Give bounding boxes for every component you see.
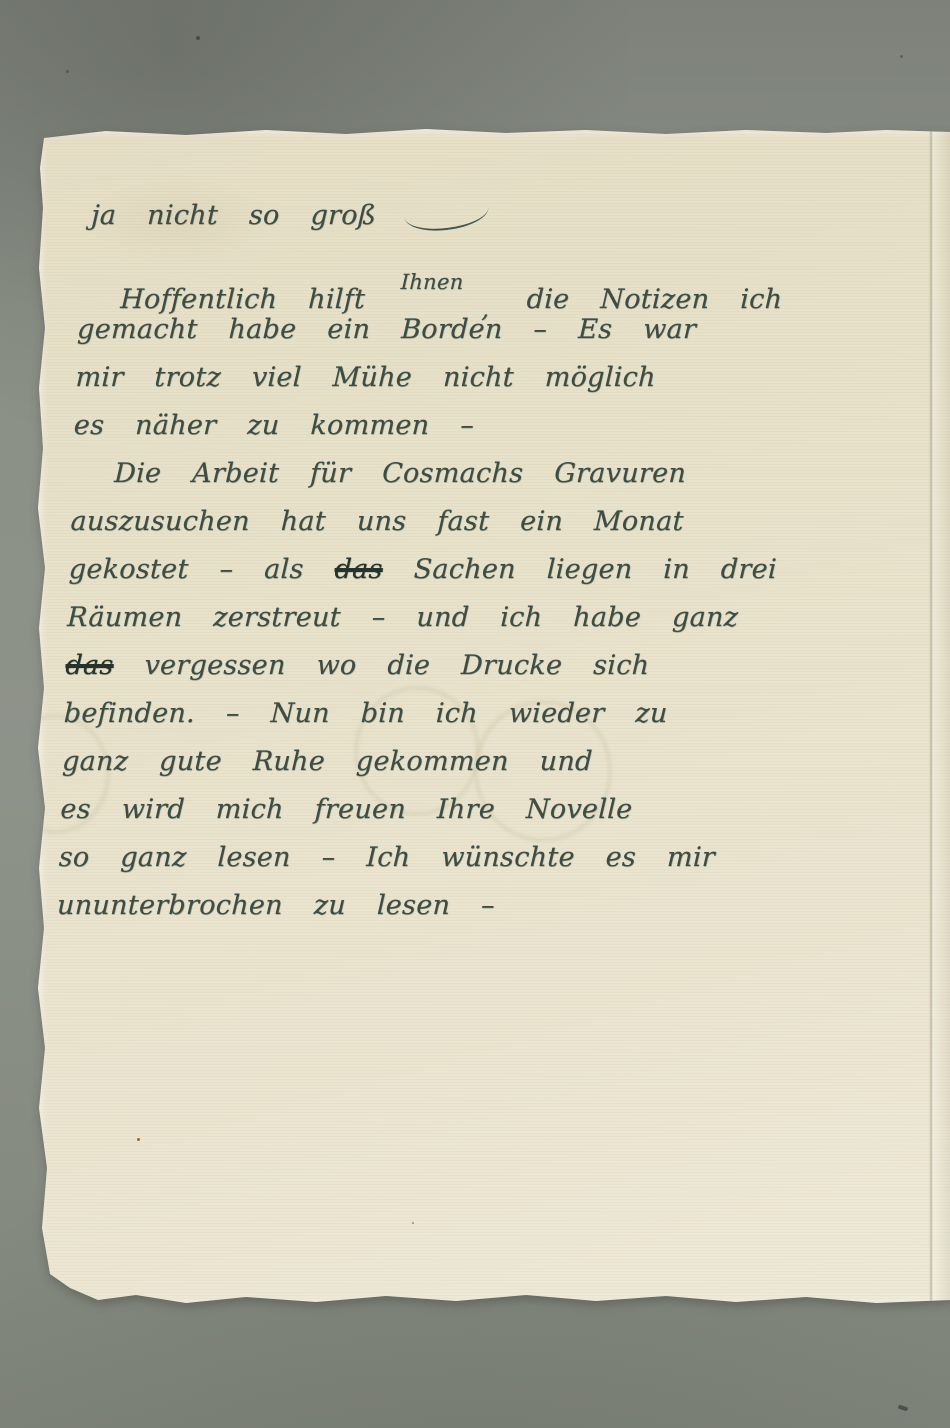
word-segment: so ganz lesen – Ich wünschte es mir bbox=[58, 842, 715, 873]
word-segment: ja nicht so groß bbox=[91, 200, 377, 231]
foxing-spot bbox=[137, 1138, 140, 1141]
handwritten-line: das vergessen wo die Drucke sich bbox=[65, 642, 875, 690]
flourish-stroke bbox=[404, 203, 490, 235]
word-segment: gemacht habe ein Borden – Es war bbox=[77, 314, 697, 345]
word-segment: Räumen zerstreut – und ich habe ganz bbox=[67, 602, 739, 633]
word-segment: ununterbrochen zu lesen – bbox=[57, 890, 496, 921]
handwritten-line: ja nicht so groß bbox=[80, 192, 890, 240]
handwritten-line: Räumen zerstreut – und ich habe ganz bbox=[66, 594, 876, 642]
word-segment: mir trotz viel Mühe nicht möglich bbox=[75, 362, 656, 393]
strikethrough-word: das bbox=[334, 554, 383, 585]
handwritten-line: befinden. – Nun bin ich wieder zu bbox=[63, 690, 873, 738]
dust-speck bbox=[196, 36, 200, 40]
letter-paper: ja nicht so groß Hoffentlich hilft Ihnen… bbox=[36, 128, 950, 1306]
handwritten-line: gekostet – als das Sachen liegen in drei bbox=[68, 546, 878, 594]
handwritten-line: ganz gute Ruhe gekommen und bbox=[61, 738, 871, 786]
word-segment: Sachen liegen in drei bbox=[413, 554, 777, 585]
handwritten-line: ununterbrochen zu lesen – bbox=[56, 882, 866, 930]
handwritten-line: es näher zu kommen – bbox=[73, 402, 883, 450]
dust-speck bbox=[66, 70, 69, 73]
handwriting-block: ja nicht so groß Hoffentlich hilft Ihnen… bbox=[56, 192, 890, 930]
inserted-word: Ihnen bbox=[400, 258, 464, 306]
scan-background: { "document": { "kind": "handwritten let… bbox=[0, 0, 950, 1428]
foxing-spot bbox=[412, 1222, 414, 1224]
word-segment: ganz gute Ruhe gekommen und bbox=[62, 746, 594, 777]
word-segment: Die Arbeit für Cosmachs Gravuren bbox=[114, 458, 687, 489]
fold-strip bbox=[933, 128, 950, 1306]
handwritten-line: Die Arbeit für Cosmachs Gravuren bbox=[71, 450, 881, 498]
paper-deckle: ja nicht so groß Hoffentlich hilft Ihnen… bbox=[36, 128, 950, 1306]
handwritten-line: Hoffentlich hilft Ihnen , die Notizen ic… bbox=[78, 258, 888, 306]
word-segment: befinden. – Nun bin ich wieder zu bbox=[63, 698, 668, 729]
strikethrough-word: das bbox=[65, 650, 114, 681]
word-segment: es näher zu kommen – bbox=[73, 410, 474, 441]
dust-speck bbox=[900, 55, 903, 58]
word-segment: auszusuchen hat uns fast ein Monat bbox=[70, 506, 684, 537]
shadow-smudge bbox=[898, 1405, 909, 1412]
handwritten-line: es wird mich freuen Ihre Novelle bbox=[60, 786, 870, 834]
handwritten-line: auszusuchen hat uns fast ein Monat bbox=[70, 498, 880, 546]
word-segment: vergessen wo die Drucke sich bbox=[144, 650, 650, 681]
handwritten-line: so ganz lesen – Ich wünschte es mir bbox=[58, 834, 868, 882]
handwritten-line: mir trotz viel Mühe nicht möglich bbox=[75, 354, 885, 402]
word-segment: gekostet – als bbox=[68, 554, 304, 585]
word-segment: es wird mich freuen Ihre Novelle bbox=[60, 794, 633, 825]
